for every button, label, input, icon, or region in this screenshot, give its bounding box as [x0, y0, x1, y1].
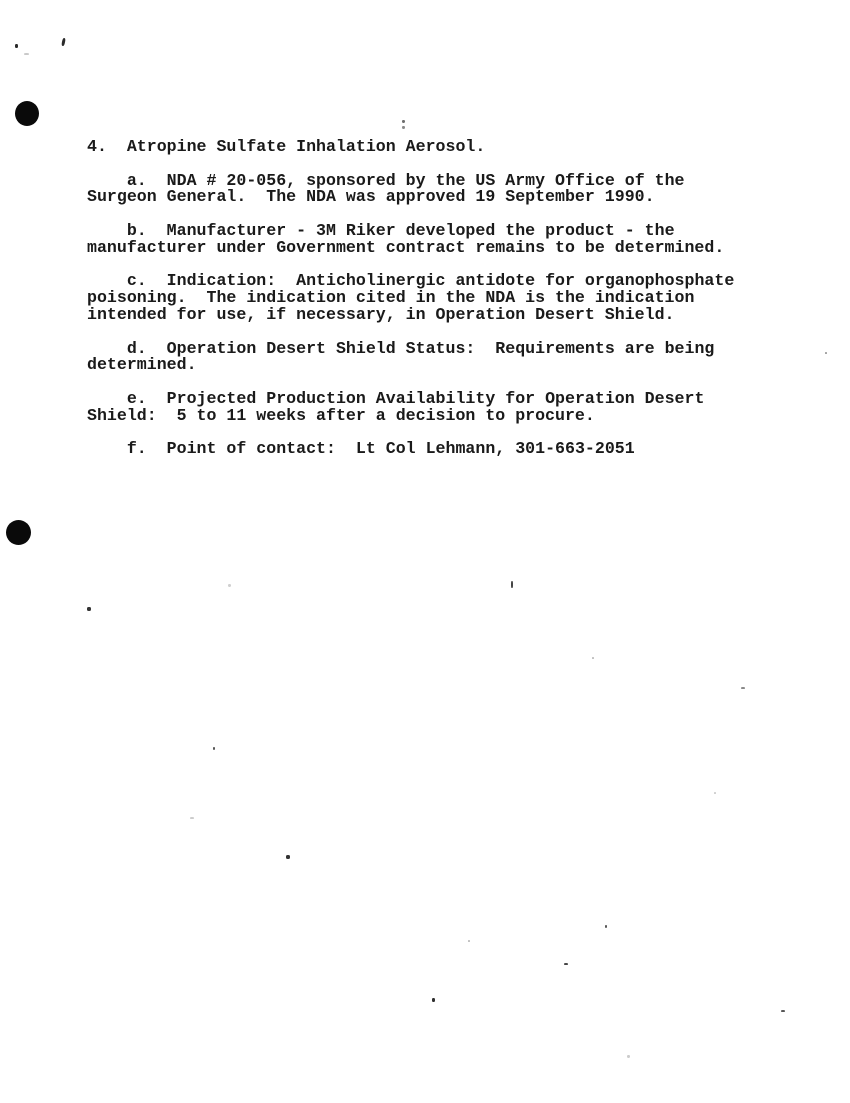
- paragraph-section-heading: 4. Atropine Sulfate Inhalation Aerosol.: [87, 139, 787, 156]
- scan-speck: [286, 855, 290, 859]
- scan-speck: [15, 44, 18, 48]
- paragraph-item-d: d. Operation Desert Shield Status: Requi…: [87, 341, 787, 375]
- scan-speck: [213, 747, 215, 750]
- scan-speck: [592, 657, 594, 659]
- paragraph-item-b: b. Manufacturer - 3M Riker developed the…: [87, 223, 787, 257]
- paragraph-item-f: f. Point of contact: Lt Col Lehmann, 301…: [87, 441, 787, 458]
- stray-colon-mark: [402, 120, 405, 123]
- scan-speck: [228, 584, 231, 587]
- hole-punch-mark-middle: [6, 520, 31, 545]
- paragraph-item-e: e. Projected Production Availability for…: [87, 391, 787, 425]
- paragraph-item-c: c. Indication: Anticholinergic antidote …: [87, 273, 787, 323]
- scan-speck: [511, 581, 513, 588]
- scan-speck: [714, 792, 716, 794]
- scan-speck: [24, 53, 29, 55]
- scan-speck: [605, 925, 607, 928]
- paragraph-item-a: a. NDA # 20-056, sponsored by the US Arm…: [87, 173, 787, 207]
- scan-speck: [564, 963, 568, 965]
- hole-punch-mark-top: [15, 101, 39, 126]
- document-page: 4. Atropine Sulfate Inhalation Aerosol. …: [0, 0, 850, 1103]
- scan-speck: [781, 1010, 785, 1012]
- scan-speck: [741, 687, 745, 689]
- scan-speck: [61, 38, 66, 46]
- scan-speck: [627, 1055, 630, 1058]
- stray-colon-mark: [402, 126, 405, 129]
- memo-body: 4. Atropine Sulfate Inhalation Aerosol. …: [87, 139, 787, 475]
- scan-speck: [468, 940, 470, 942]
- scan-speck: [432, 998, 435, 1002]
- scan-speck: [825, 352, 827, 354]
- scan-speck: [87, 607, 91, 611]
- scan-speck: [190, 817, 194, 819]
